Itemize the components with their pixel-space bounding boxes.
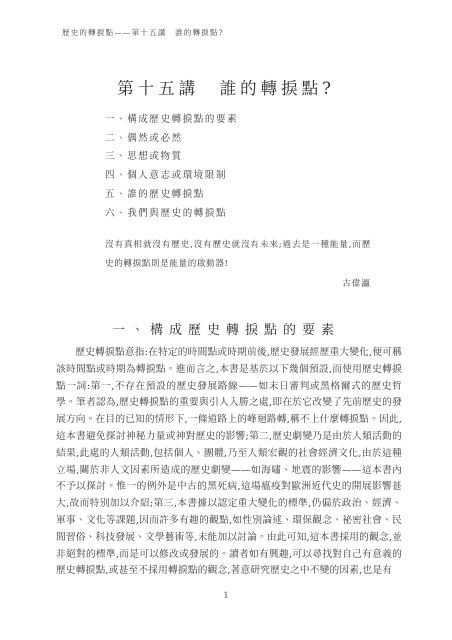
page-number: 1 [0,591,452,600]
epigraph-author: 古偉瀛 [105,275,371,294]
document-page: 歷史的轉捩點——第十五講 誰的轉捩點? 第十五講 誰的轉捩點? 一、構成歷史轉捩… [0,0,452,640]
outline-item: 一、構成歷史轉捩點的要素 [105,111,238,130]
epigraph: 沒有真相就沒有歷史,沒有歷史就沒有未來;過去是一種能量,而歷史的轉捩點則是能量的… [105,236,371,294]
outline-item: 二、偶然或必然 [105,130,238,149]
epigraph-text: 沒有真相就沒有歷史,沒有歷史就沒有未來;過去是一種能量,而歷史的轉捩點則是能量的… [105,236,371,274]
outline-item: 三、思想或物質 [105,148,238,167]
body-paragraph: 歷史轉捩點意指:在特定的時間點或時期前後,歷史發展經歷重大變化,便可稱該時間點或… [56,345,402,580]
outline-item: 五、誰的歷史轉捩點 [105,186,238,205]
outline-item: 四、個人意志或環境限制 [105,167,238,186]
outline-item: 六、我們與歷史的轉捩點 [105,205,238,224]
page-title: 第十五講 誰的轉捩點? [0,75,452,99]
lecture-outline: 一、構成歷史轉捩點的要素 二、偶然或必然 三、思想或物質 四、個人意志或環境限制… [105,111,238,223]
running-header: 歷史的轉捩點——第十五講 誰的轉捩點? [62,27,224,38]
section-heading: 一、構成歷史轉捩點的要素 [0,319,452,338]
